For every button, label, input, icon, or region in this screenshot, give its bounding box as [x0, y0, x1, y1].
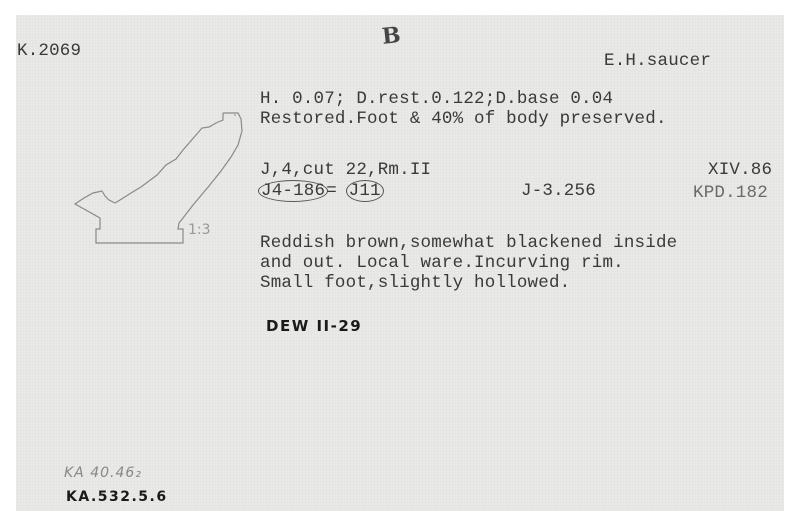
drawing-scale-label: 1:3 — [188, 222, 211, 238]
vessel-profile-drawing — [16, 15, 784, 511]
inventory-number-ink: KA.532.5.6 — [66, 489, 168, 505]
catalog-card: K.2069 B E.H.saucer H. 0.07; D.rest.0.12… — [16, 15, 784, 511]
publication-reference: DEW II-29 — [266, 317, 362, 335]
inventory-number-pencil: KA 40.46₂ — [64, 465, 142, 481]
